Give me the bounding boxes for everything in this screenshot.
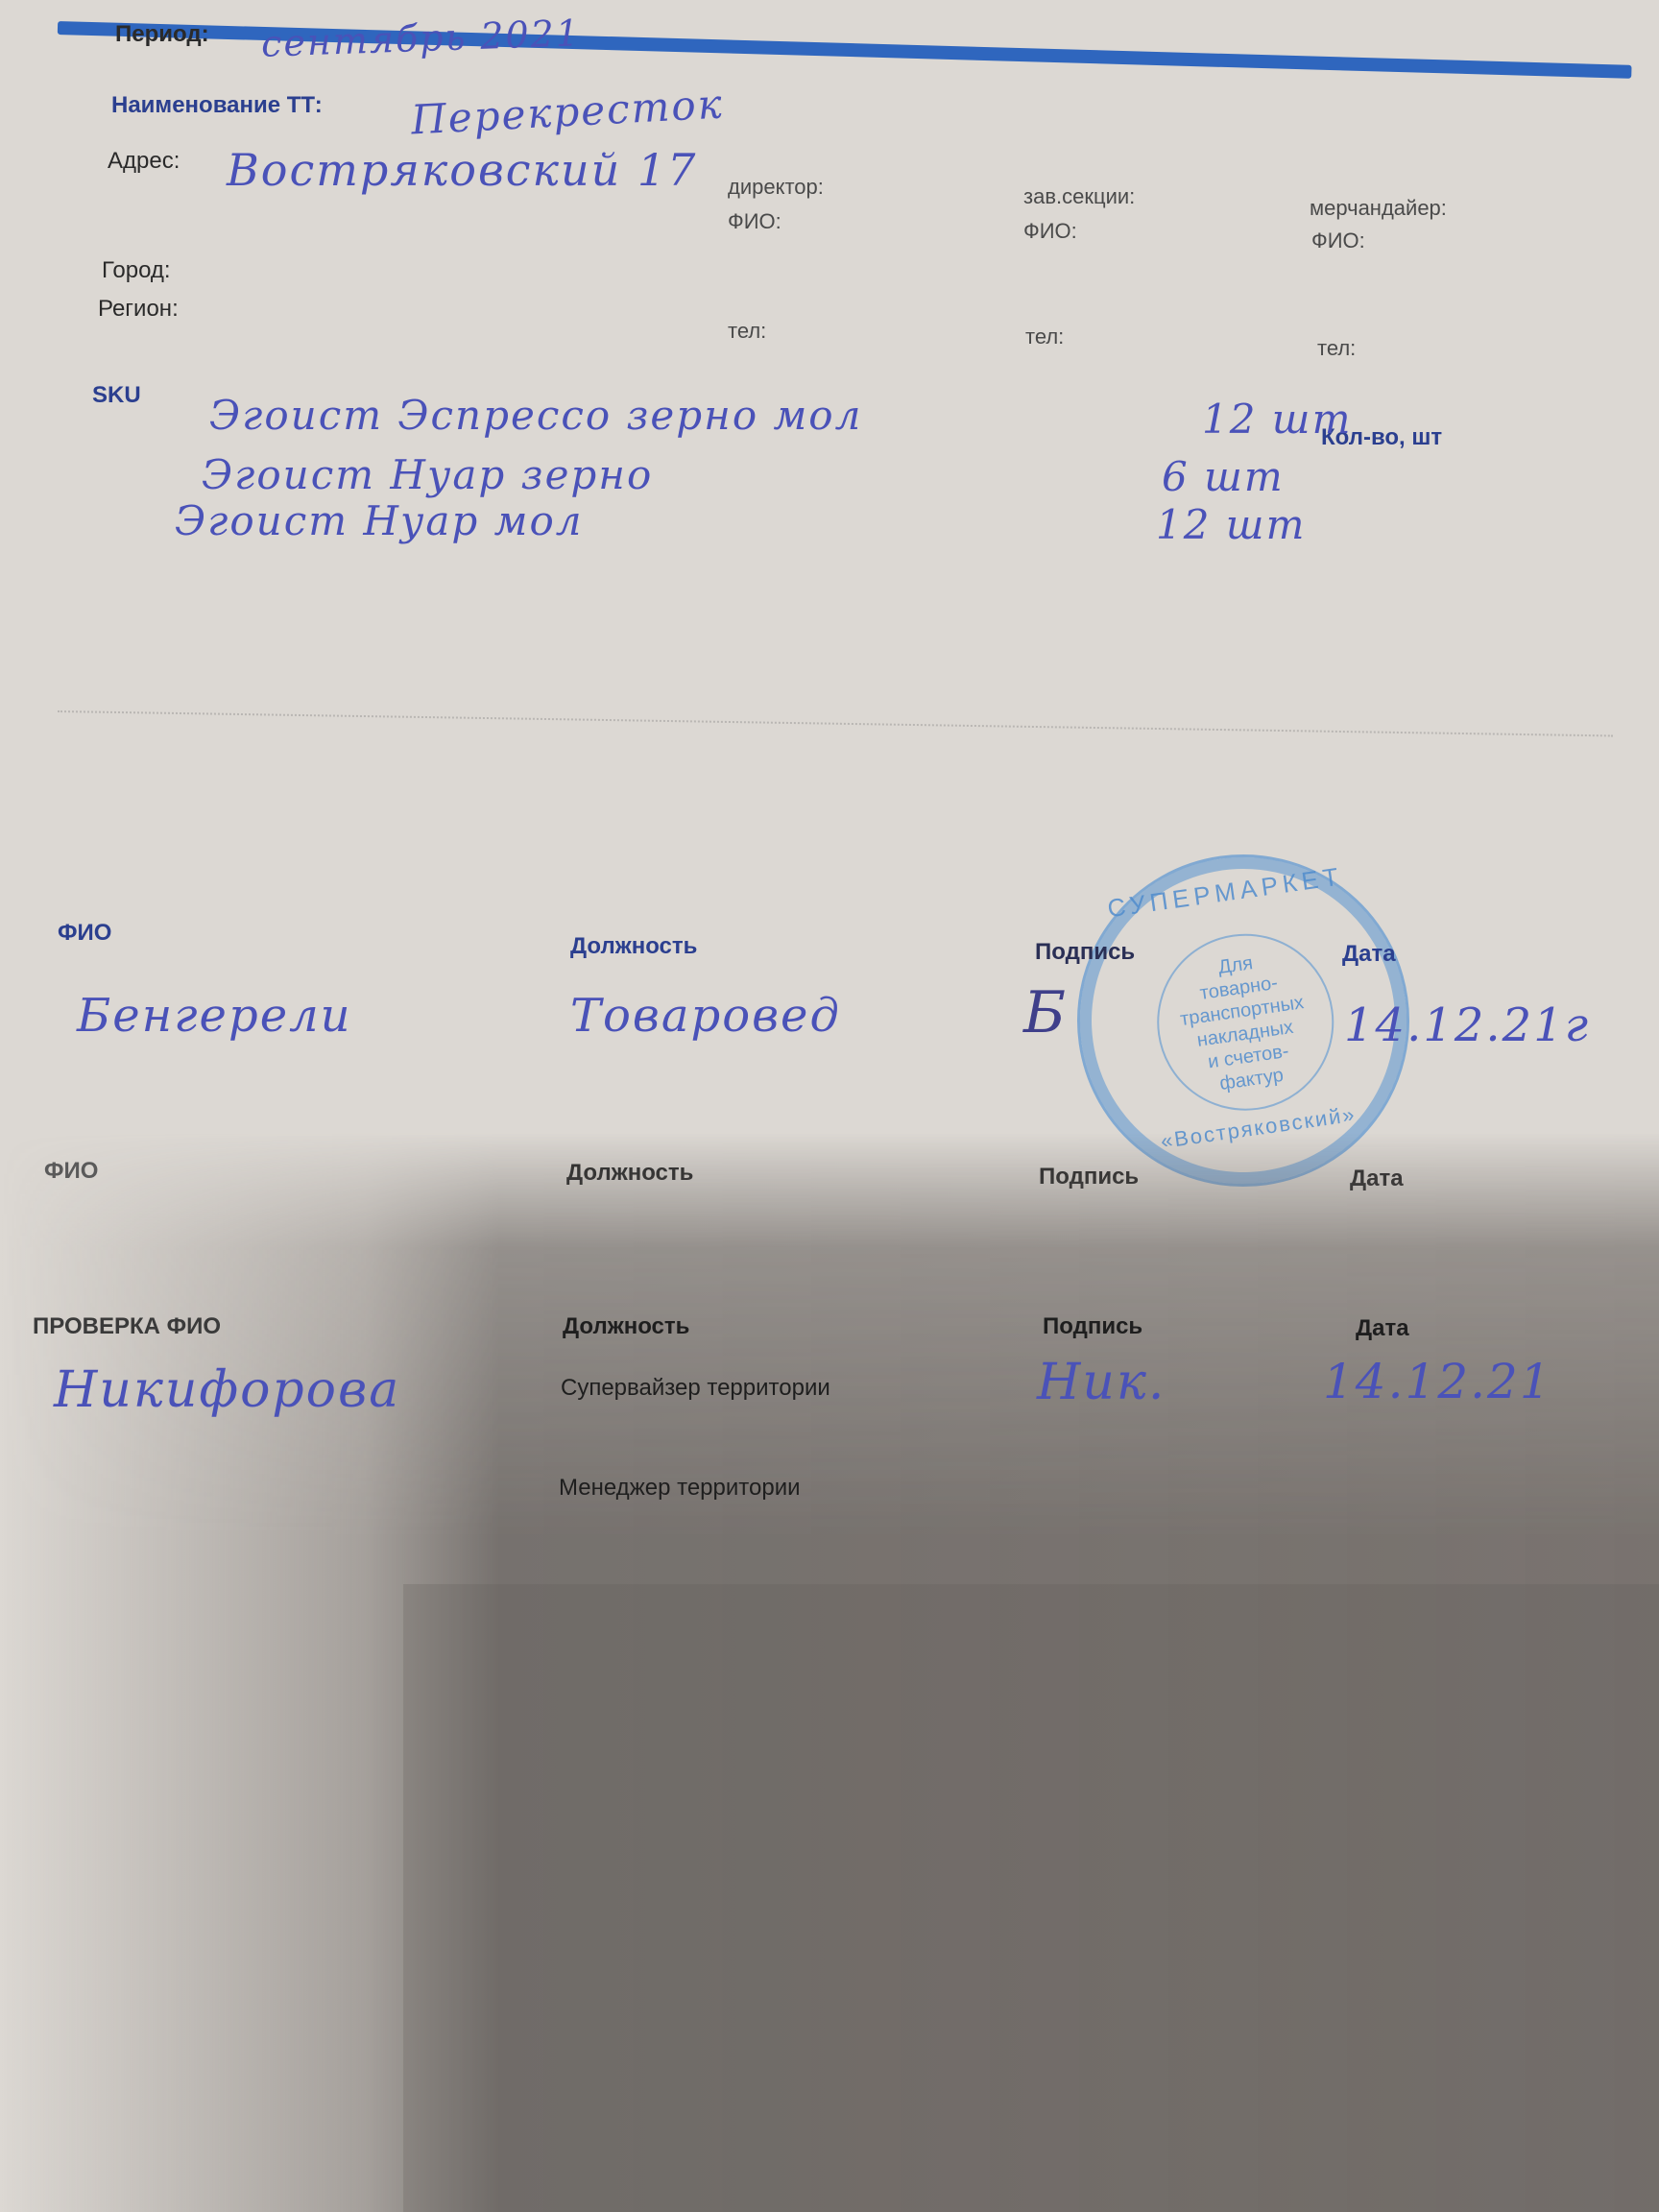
signoff1-date-value: 14.12.21г	[1344, 998, 1590, 1052]
photo-shadow-deep	[403, 1584, 1659, 2212]
sku-qty-2: 6 шт	[1162, 453, 1285, 500]
verification-position-label: Должность	[563, 1313, 689, 1340]
verification-position-supervisor: Супервайзер территории	[561, 1375, 830, 1402]
store-name-label: Наименование ТТ:	[111, 92, 323, 119]
sku-label: SKU	[92, 382, 141, 409]
sku-qty-3: 12 шт	[1156, 501, 1306, 548]
verification-date-value: 14.12.21	[1323, 1354, 1552, 1409]
signoff1-position-label: Должность	[570, 933, 697, 960]
contact-fio-label: ФИО:	[1311, 228, 1365, 253]
verification-signature: Ник.	[1037, 1354, 1166, 1411]
signoff1-date-label: Дата	[1342, 941, 1396, 968]
contact-role: мерчандайер:	[1310, 196, 1447, 221]
signoff1-fio-label: ФИО	[58, 920, 111, 947]
city-label: Город:	[102, 257, 171, 284]
contact-phone-label: тел:	[1025, 325, 1064, 349]
contact-phone-label: тел:	[1317, 336, 1356, 361]
region-label: Регион:	[98, 296, 179, 323]
address-label: Адрес:	[108, 148, 180, 175]
verification-fio-label: ПРОВЕРКА ФИО	[33, 1313, 221, 1340]
address-value: Востряковский 17	[227, 144, 697, 196]
verification-fio-value: Никифорова	[54, 1361, 400, 1419]
verification-position-manager: Менеджер территории	[559, 1475, 801, 1502]
signoff1-position-value: Товаровед	[570, 989, 841, 1043]
contact-phone-label: тел:	[728, 319, 766, 344]
contact-role: зав.секции:	[1023, 184, 1135, 209]
sku-row-2: Эгоист Нуар зерно	[202, 451, 653, 498]
signoff1-fio-value: Бенгерели	[77, 989, 352, 1043]
signoff1-signature-label: Подпись	[1035, 939, 1135, 966]
sku-row-3: Эгоист Нуар мол	[175, 497, 584, 544]
contact-role: директор:	[728, 175, 824, 200]
signoff1-signature: Б	[1023, 979, 1068, 1046]
verification-date-label: Дата	[1356, 1315, 1409, 1342]
sku-row-1: Эгоист Эспрессо зерно мол	[209, 392, 862, 439]
period-label: Период:	[115, 21, 209, 48]
contact-fio-label: ФИО:	[728, 209, 781, 234]
sku-qty-1: 12 шт	[1202, 396, 1352, 443]
verification-signature-label: Подпись	[1043, 1313, 1142, 1340]
contact-fio-label: ФИО:	[1023, 219, 1077, 244]
